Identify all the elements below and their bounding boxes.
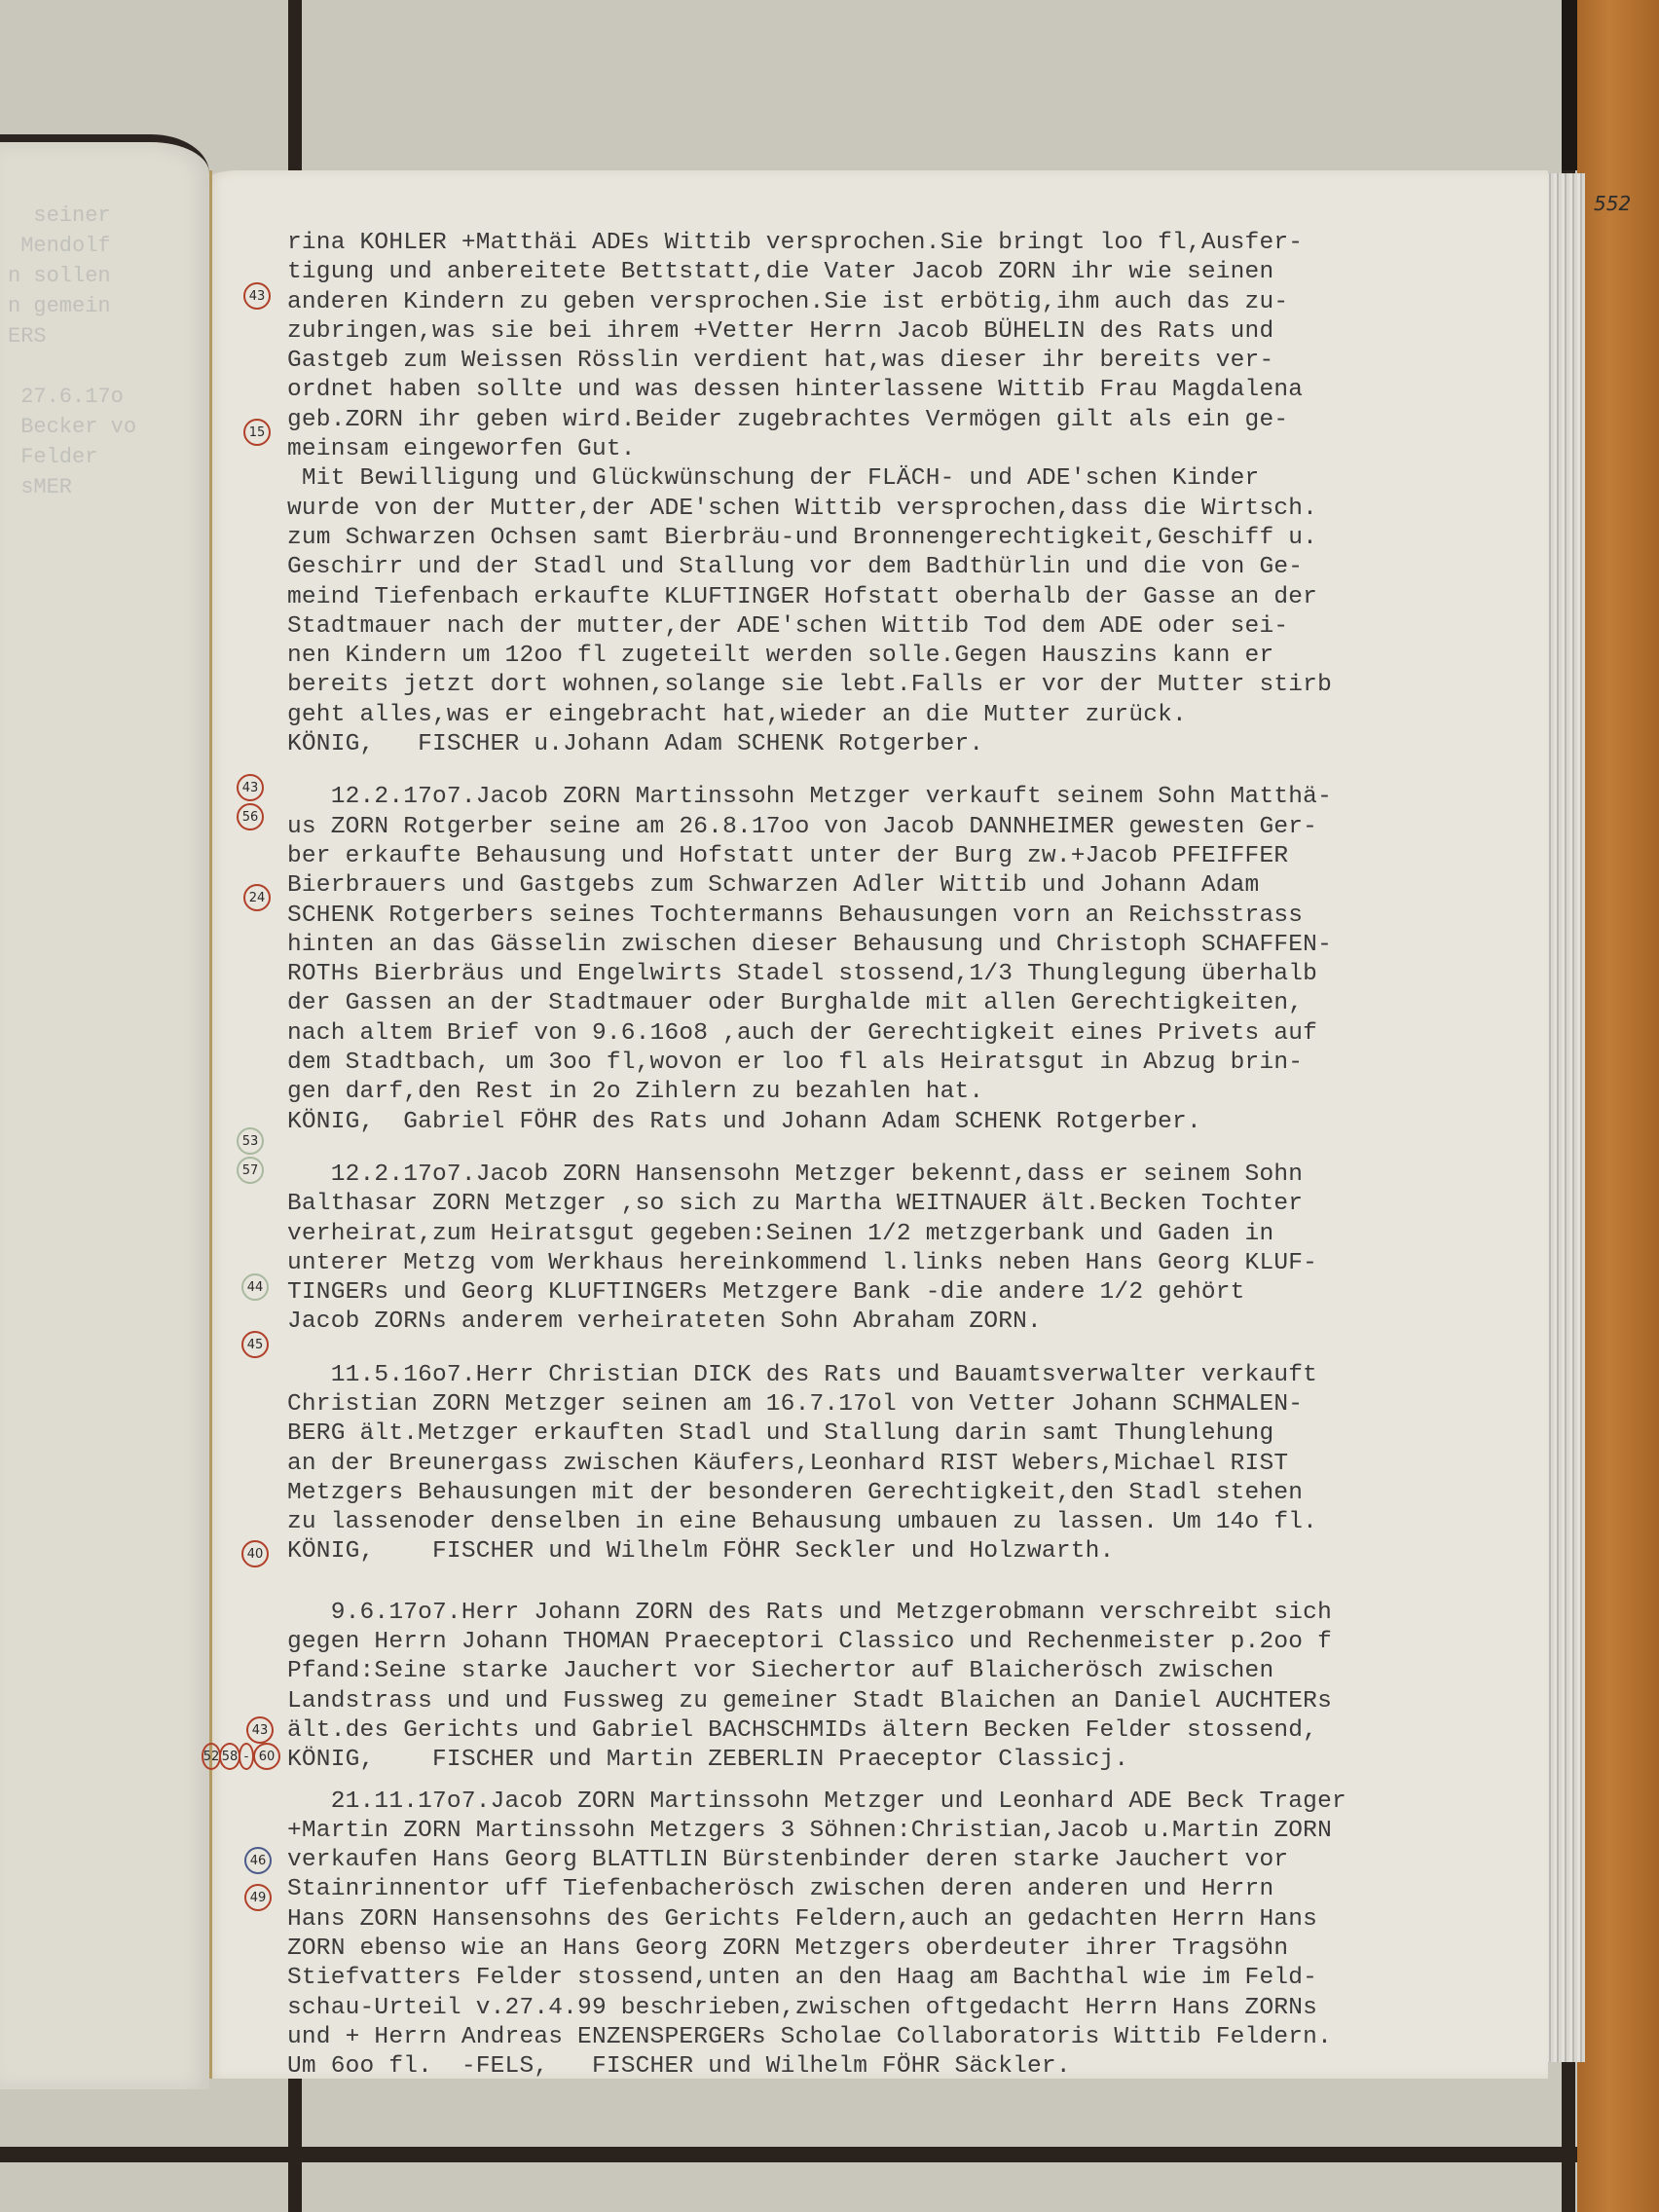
- text-line: KÖNIG, FISCHER u.Johann Adam SCHENK Rotg…: [287, 730, 1543, 759]
- margin-annotation: 52: [202, 1743, 221, 1770]
- text-line: ZORN ebenso wie an Hans Georg ZORN Metzg…: [287, 1935, 1543, 1964]
- text-line: Hans ZORN Hansensohns des Gerichts Felde…: [287, 1905, 1543, 1935]
- text-line: dem Stadtbach, um 3oo fl,wovon er loo fl…: [287, 1049, 1543, 1078]
- text-line: ber erkaufte Behausung und Hofstatt unte…: [287, 842, 1543, 871]
- text-line: nen Kindern um 12oo fl zugeteilt werden …: [287, 642, 1543, 671]
- text-line: 12.2.17o7.Jacob ZORN Hansensohn Metzger …: [287, 1161, 1543, 1190]
- text-line: verkaufen Hans Georg BLATTLIN Bürstenbin…: [287, 1846, 1543, 1875]
- text-line: Stainrinnentor uff Tiefenbacherösch zwis…: [287, 1875, 1543, 1904]
- text-line: gegen Herrn Johann THOMAN Praeceptori Cl…: [287, 1628, 1543, 1657]
- text-line: meinsam eingeworfen Gut.: [287, 435, 1543, 464]
- margin-annotation: 44: [241, 1273, 269, 1301]
- text-line: Mit Bewilligung und Glückwünschung der F…: [287, 464, 1543, 494]
- text-line: ROTHs Bierbräus und Engelwirts Stadel st…: [287, 960, 1543, 989]
- text-line: 12.2.17o7.Jacob ZORN Martinssohn Metzger…: [287, 783, 1543, 812]
- entry-11-5-1607: 11.5.16o7.Herr Christian DICK des Rats u…: [287, 1361, 1543, 1567]
- entry-9-6-1707: 9.6.17o7.Herr Johann ZORN des Rats und M…: [287, 1599, 1543, 1776]
- text-line: zubringen,was sie bei ihrem +Vetter Herr…: [287, 317, 1543, 347]
- document-page: 552 43 15 43 56 24 53 57 44 45 40 43 52 …: [209, 170, 1548, 2079]
- text-line: Landstrass und und Fussweg zu gemeiner S…: [287, 1687, 1543, 1716]
- entry-marriage-contract: rina KOHLER +Matthäi ADEs Wittib verspro…: [287, 229, 1543, 759]
- text-line: Geschirr und der Stadl und Stallung vor …: [287, 553, 1543, 582]
- text-line: hinten an das Gässelin zwischen dieser B…: [287, 931, 1543, 960]
- text-line: Jacob ZORNs anderem verheirateten Sohn A…: [287, 1308, 1543, 1337]
- margin-annotation: 45: [241, 1331, 269, 1358]
- text-line: tigung und anbereitete Bettstatt,die Vat…: [287, 258, 1543, 287]
- page-gutter: [209, 170, 212, 2079]
- text-line: Metzgers Behausungen mit der besonderen …: [287, 1479, 1543, 1508]
- text-line: anderen Kindern zu geben versprochen.Sie…: [287, 288, 1543, 317]
- text-line: gen darf,den Rest in 2o Zihlern zu bezah…: [287, 1078, 1543, 1107]
- entry-12-2-1707-sale: 12.2.17o7.Jacob ZORN Martinssohn Metzger…: [287, 783, 1543, 1137]
- text-line: Gastgeb zum Weissen Rösslin verdient hat…: [287, 347, 1543, 376]
- text-line: 9.6.17o7.Herr Johann ZORN des Rats und M…: [287, 1599, 1543, 1628]
- text-line: unterer Metzg vom Werkhaus hereinkommend…: [287, 1249, 1543, 1278]
- text-line: geht alles,was er eingebracht hat,wieder…: [287, 701, 1543, 730]
- margin-annotation: 40: [241, 1540, 269, 1567]
- margin-annotation: 15: [243, 419, 271, 446]
- text-line: zum Schwarzen Ochsen samt Bierbräu-und B…: [287, 524, 1543, 553]
- margin-annotation: 57: [237, 1157, 264, 1184]
- text-line: Um 6oo fl. -FELS, FISCHER und Wilhelm FÖ…: [287, 2052, 1543, 2082]
- facing-page-left: seiner Mendolf n sollen n gemein ERS 27.…: [0, 134, 209, 2089]
- text-line: verheirat,zum Heiratsgut gegeben:Seinen …: [287, 1220, 1543, 1249]
- margin-annotation: 60: [253, 1743, 280, 1770]
- text-line: Balthasar ZORN Metzger ,so sich zu Marth…: [287, 1190, 1543, 1219]
- entry-21-11-1707: 21.11.17o7.Jacob ZORN Martinssohn Metzge…: [287, 1788, 1543, 2083]
- text-line: schau-Urteil v.27.4.99 beschrieben,zwisc…: [287, 1994, 1543, 2023]
- text-line: TINGERs und Georg KLUFTINGERs Metzgere B…: [287, 1278, 1543, 1308]
- text-line: zu lassenoder denselben in eine Behausun…: [287, 1508, 1543, 1537]
- margin-annotation: 56: [237, 803, 264, 830]
- text-line: KÖNIG, FISCHER und Martin ZEBERLIN Praec…: [287, 1746, 1543, 1775]
- text-line: Stiefvatters Felder stossend,unten an de…: [287, 1964, 1543, 1993]
- text-line: wurde von der Mutter,der ADE'schen Witti…: [287, 495, 1543, 524]
- margin-annotation: 43: [237, 774, 264, 801]
- typewritten-text: rina KOHLER +Matthäi ADEs Wittib verspro…: [287, 229, 1543, 2083]
- margin-annotation: 24: [243, 884, 271, 911]
- text-line: Bierbrauers und Gastgebs zum Schwarzen A…: [287, 871, 1543, 901]
- text-line: 21.11.17o7.Jacob ZORN Martinssohn Metzge…: [287, 1788, 1543, 1817]
- text-line: KÖNIG, Gabriel FÖHR des Rats und Johann …: [287, 1108, 1543, 1137]
- text-line: ordnet haben sollte und was dessen hinte…: [287, 376, 1543, 405]
- entry-12-2-1707-dowry: 12.2.17o7.Jacob ZORN Hansensohn Metzger …: [287, 1161, 1543, 1338]
- text-line: 11.5.16o7.Herr Christian DICK des Rats u…: [287, 1361, 1543, 1390]
- margin-annotation: 43: [243, 282, 271, 310]
- text-line: geb.ZORN ihr geben wird.Beider zugebrach…: [287, 406, 1543, 435]
- tile-grout: [0, 2147, 1659, 2162]
- text-line: meind Tiefenbach erkaufte KLUFTINGER Hof…: [287, 583, 1543, 612]
- text-line: us ZORN Rotgerber seine am 26.8.17oo von…: [287, 813, 1543, 842]
- frame-gap: [1562, 0, 1577, 170]
- text-line: Christian ZORN Metzger seinen am 16.7.17…: [287, 1390, 1543, 1419]
- text-line: KÖNIG, FISCHER und Wilhelm FÖHR Seckler …: [287, 1537, 1543, 1567]
- text-line: BERG ält.Metzger erkauften Stadl und Sta…: [287, 1419, 1543, 1449]
- facing-page-bleed: seiner Mendolf n sollen n gemein ERS 27.…: [8, 201, 198, 502]
- margin-annotation: 46: [244, 1847, 272, 1874]
- margin-annotation: 58: [219, 1743, 240, 1770]
- text-line: SCHENK Rotgerbers seines Tochtermanns Be…: [287, 902, 1543, 931]
- margin-annotation: 49: [244, 1884, 272, 1911]
- text-line: und + Herrn Andreas ENZENSPERGERs Schola…: [287, 2023, 1543, 2052]
- text-line: +Martin ZORN Martinssohn Metzgers 3 Söhn…: [287, 1817, 1543, 1846]
- text-line: bereits jetzt dort wohnen,solange sie le…: [287, 671, 1543, 700]
- margin-annotation: -: [239, 1743, 254, 1770]
- wood-frame: [1577, 0, 1659, 2212]
- text-line: an der Breunergass zwischen Käufers,Leon…: [287, 1450, 1543, 1479]
- text-line: nach altem Brief von 9.6.16o8 ,auch der …: [287, 1019, 1543, 1049]
- page-stack-edge: [1546, 173, 1585, 2062]
- text-line: rina KOHLER +Matthäi ADEs Wittib verspro…: [287, 229, 1543, 258]
- text-line: der Gassen an der Stadtmauer oder Burgha…: [287, 989, 1543, 1018]
- text-line: Pfand:Seine starke Jauchert vor Siechert…: [287, 1657, 1543, 1686]
- text-line: ält.des Gerichts und Gabriel BACHSCHMIDs…: [287, 1716, 1543, 1746]
- margin-annotation: 43: [246, 1716, 274, 1744]
- page-number: 552: [1594, 192, 1631, 215]
- text-line: Stadtmauer nach der mutter,der ADE'schen…: [287, 612, 1543, 642]
- margin-annotation: 53: [237, 1127, 264, 1155]
